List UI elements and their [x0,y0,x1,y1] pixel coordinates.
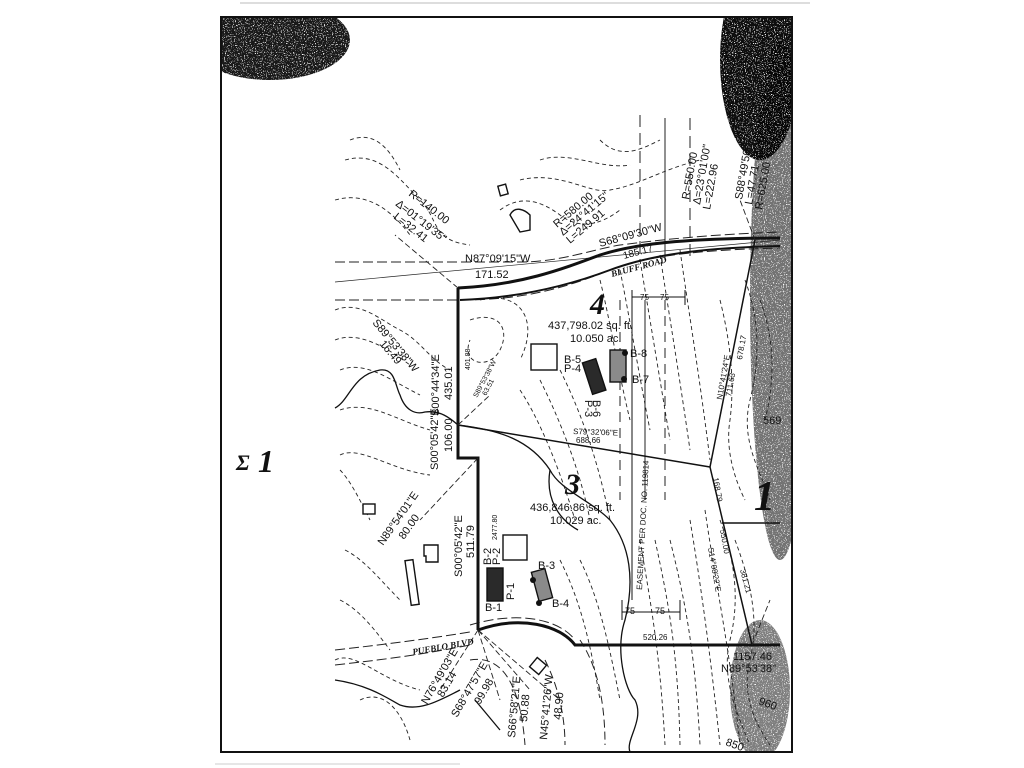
svg-text:75: 75 [655,606,665,616]
svg-text:48.90: 48.90 [552,692,566,720]
lot-number-4: 4 [589,288,605,321]
svg-text:520.26: 520.26 [643,633,668,642]
lot-number-1-west-prefix: Σ [235,450,250,475]
svg-text:S00°44'34"E: S00°44'34"E [430,354,442,416]
svg-text:569: 569 [763,415,781,427]
svg-text:171.52: 171.52 [475,269,509,281]
svg-text:S00°05'42"E: S00°05'42"E [429,408,441,470]
svg-text:688.66: 688.66 [576,436,601,445]
svg-text:P-3: P-3 [582,400,594,417]
scan-noise [222,18,791,751]
lot-number-1-east: 1 [754,474,775,520]
svg-text:S00°05'42"E: S00°05'42"E [453,515,465,577]
svg-text:1157.46: 1157.46 [733,651,772,663]
svg-text:B-3: B-3 [538,560,555,572]
svg-text:P-4: P-4 [564,363,581,375]
svg-text:B-4: B-4 [552,598,569,610]
svg-text:511.79: 511.79 [465,525,477,558]
lot-number-1-west: 1 [258,443,274,479]
svg-text:106.00: 106.00 [443,418,455,452]
lot4-area-acres: 10.050 ac. [570,333,621,345]
lot4-area-sqft: 437,798.02 sq. ft. [548,320,633,332]
svg-text:75: 75 [640,293,649,302]
lot3-area-acres: 10.029 ac. [550,515,601,527]
svg-text:P-1: P-1 [505,583,517,600]
building-outline-lot4 [531,344,557,370]
building-outline-lot3 [503,535,527,560]
svg-text:401.88: 401.88 [465,348,472,370]
svg-text:50.88: 50.88 [518,694,532,722]
survey-sheet: 4 3 1 Σ 1 437,798.02 sq. ft. 10.050 ac. … [0,0,1024,768]
svg-text:P-2: P-2 [491,548,503,565]
svg-text:B-8: B-8 [630,348,647,360]
building-dark-lot3 [487,568,503,601]
lot3-area-sqft: 436,846.86 sq. ft. [530,502,615,514]
svg-text:435.01: 435.01 [443,366,455,400]
svg-text:75: 75 [660,293,669,302]
svg-text:B-7: B-7 [632,374,649,386]
svg-text:B-1: B-1 [485,602,502,614]
svg-text:75: 75 [625,606,635,616]
svg-text:2477.80: 2477.80 [492,515,499,540]
svg-text:N87°09'15"W: N87°09'15"W [465,253,531,265]
lot-number-3: 3 [564,468,580,501]
svg-text:N89°53'38": N89°53'38" [721,663,776,675]
